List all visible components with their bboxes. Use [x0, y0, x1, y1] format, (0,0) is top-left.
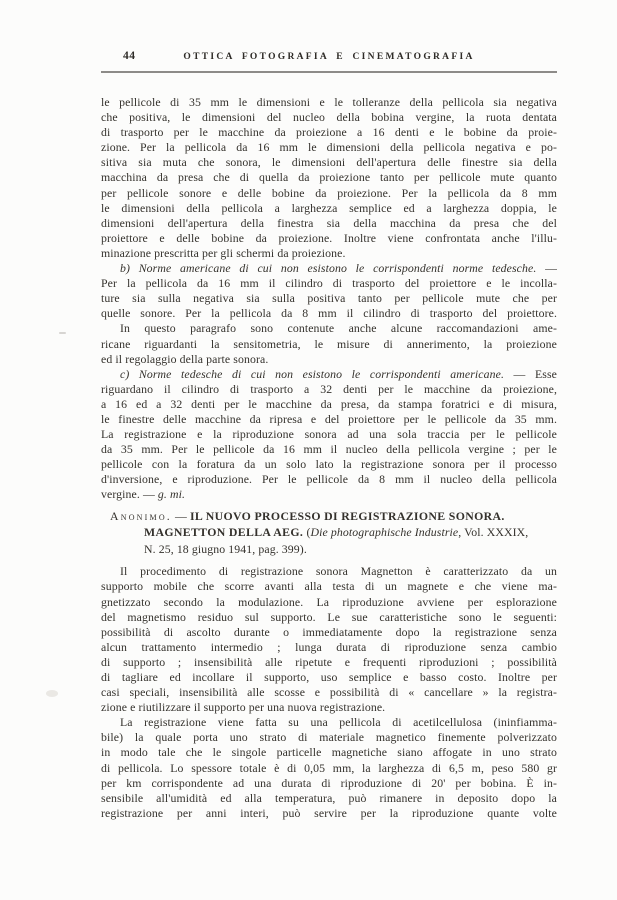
text-run: quelle sonore. Per la pellicola da 8 mm …: [101, 306, 557, 320]
text-line: per km corrispondente ad una durata di r…: [101, 776, 557, 791]
text-line: ed il regolaggio della parte sonora.: [101, 352, 557, 367]
text-line: casi speciali, insensibilità alle scosse…: [101, 685, 557, 700]
text-run: c) Norme tedesche di cui non esistono le…: [120, 367, 504, 381]
text-run: di pellicola. Lo spessore totale è di 0,…: [101, 761, 557, 775]
text-run: La registrazione e la riproduzione sonor…: [101, 427, 557, 441]
text-line: d'inversione, e riproduzione. Per le pel…: [101, 472, 557, 487]
text-run: b) Norme americane di cui non esistono l…: [120, 261, 536, 275]
text-run: alcun trattamento intermedio ; lunga dur…: [101, 640, 557, 654]
text-line: le pellicole di 35 mm le dimensioni e le…: [101, 95, 557, 110]
text-line: da 35 mm. Per le pellicole da 16 mm il n…: [101, 442, 557, 457]
text-line: le dimensioni della pellicola a larghezz…: [101, 201, 557, 216]
text-run: La registrazione viene fatta su una pell…: [120, 715, 557, 729]
text-line: Il procedimento di registrazione sonora …: [101, 564, 557, 579]
text-line: di pellicola. Lo spessore totale è di 0,…: [101, 761, 557, 776]
text-run: macchina da presa che di quella da proie…: [101, 170, 557, 184]
text-run: IL NUOVO PROCESSO DI REGISTRAZIONE SONOR…: [190, 509, 505, 523]
text-line: riguardano il cilindro di trasporto a 32…: [101, 382, 557, 397]
text-line: dimensioni dell'apertura della finestra …: [101, 216, 557, 231]
text-run: MAGNETTON DELLA AEG.: [144, 525, 307, 539]
text-line: di tagliare ed incollare il supporto, us…: [101, 670, 557, 685]
text-run: zione. Per la pellicola da 16 mm le dime…: [101, 140, 557, 154]
text-line: ricane riguardanti la sensitometria, le …: [101, 337, 557, 352]
text-run: ricane riguardanti la sensitometria, le …: [101, 337, 557, 351]
text-run: di supporto ; insensibilità alle ripetut…: [101, 655, 557, 669]
text-run: per km corrispondente ad una durata di r…: [101, 776, 557, 790]
journal-title: OTTICA FOTOGRAFIA E CINEMATOGRAFIA: [101, 52, 557, 62]
text-run: per pellicole sonore e delle bobine da p…: [101, 186, 557, 200]
paragraph: La registrazione viene fatta su una pell…: [101, 715, 557, 821]
heading-line: Anonimo. — IL NUOVO PROCESSO DI REGISTRA…: [101, 508, 557, 525]
text-run: le pellicole di 35 mm le dimensioni e le…: [101, 95, 557, 109]
text-run: sensibile all'umidità ed alla temperatur…: [101, 791, 557, 805]
text-line: sitiva sia muta che sonora, le dimension…: [101, 155, 557, 170]
text-run: in modo tale che le singole particelle m…: [101, 745, 557, 759]
text-run: Die photographische Industrie: [311, 525, 459, 539]
text-run: a 16 ed a 32 denti per le macchine da pr…: [101, 397, 557, 411]
text-line: c) Norme tedesche di cui non esistono le…: [101, 367, 557, 382]
heading-line: MAGNETTON DELLA AEG. (Die photographisch…: [101, 524, 557, 541]
text-run: che positiva, le dimensioni del nucleo d…: [101, 110, 557, 124]
text-line: a 16 ed a 32 denti per le macchine da pr…: [101, 397, 557, 412]
text-line: di supporto ; insensibilità alle ripetut…: [101, 655, 557, 670]
text-run: N. 25, 18 giugno 1941, pag. 399).: [144, 542, 307, 556]
paragraph: In questo paragrafo sono contenute anche…: [101, 321, 557, 366]
text-run: — Esse: [504, 367, 557, 381]
paragraph: Il procedimento di registrazione sonora …: [101, 564, 557, 715]
text-run: ture sia sulla negativa sia sulla positi…: [101, 291, 557, 305]
paragraph: c) Norme tedesche di cui non esistono le…: [101, 367, 557, 503]
text-block: le pellicole di 35 mm le dimensioni e le…: [101, 95, 557, 821]
text-line: bile) la quale porta uno strato di mater…: [101, 730, 557, 745]
text-run: minazione prescritta per gli schermi da …: [101, 246, 346, 260]
text-line: proiettore e delle bobine da proiezione.…: [101, 231, 557, 246]
text-line: possibilità di ascolto durante o immedia…: [101, 625, 557, 640]
scan-speck: [46, 690, 58, 697]
text-line: vergine. — g. mi.: [101, 487, 557, 502]
text-line: zione e riutilizzare il supporto per una…: [101, 700, 557, 715]
text-line: che positiva, le dimensioni del nucleo d…: [101, 110, 557, 125]
text-run: casi speciali, insensibilità alle scosse…: [101, 685, 557, 699]
text-line: b) Norme americane di cui non esistono l…: [101, 261, 557, 276]
text-line: di trasporto per le macchine da proiezio…: [101, 125, 557, 140]
article-heading: Anonimo. — IL NUOVO PROCESSO DI REGISTRA…: [101, 508, 557, 558]
text-line: sensibile all'umidità ed alla temperatur…: [101, 791, 557, 806]
text-line: La registrazione viene fatta su una pell…: [101, 715, 557, 730]
text-run: In questo paragrafo sono contenute anche…: [120, 321, 557, 335]
text-run: proiettore e delle bobine da proiezione.…: [101, 231, 557, 245]
text-line: La registrazione e la riproduzione sonor…: [101, 427, 557, 442]
scanned-journal-page: 44 OTTICA FOTOGRAFIA E CINEMATOGRAFIA le…: [0, 0, 617, 900]
text-line: In questo paragrafo sono contenute anche…: [101, 321, 557, 336]
text-run: sitiva sia muta che sonora, le dimension…: [101, 155, 557, 169]
text-run: supporto mobile che scorre avanti alla t…: [101, 579, 557, 593]
text-run: possibilità di ascolto durante o immedia…: [101, 625, 557, 639]
heading-line: N. 25, 18 giugno 1941, pag. 399).: [101, 541, 557, 558]
text-run: le finestre delle macchine da ripresa e …: [101, 412, 557, 426]
text-line: quelle sonore. Per la pellicola da 8 mm …: [101, 306, 557, 321]
text-line: le finestre delle macchine da ripresa e …: [101, 412, 557, 427]
text-line: macchina da presa che di quella da proie…: [101, 170, 557, 185]
text-run: vergine. —: [101, 487, 158, 501]
text-run: le dimensioni della pellicola a larghezz…: [101, 201, 557, 215]
text-run: d'inversione, e riproduzione. Per le pel…: [101, 472, 557, 486]
text-line: ture sia sulla negativa sia sulla positi…: [101, 291, 557, 306]
paragraph: le pellicole di 35 mm le dimensioni e le…: [101, 95, 557, 261]
text-line: zione. Per la pellicola da 16 mm le dime…: [101, 140, 557, 155]
text-run: —: [536, 261, 557, 275]
text-run: di trasporto per le macchine da proiezio…: [101, 125, 557, 139]
text-line: supporto mobile che scorre avanti alla t…: [101, 579, 557, 594]
text-line: minazione prescritta per gli schermi da …: [101, 246, 557, 261]
text-run: , Vol. XXXIX,: [458, 525, 528, 539]
text-run: dimensioni dell'apertura della finestra …: [101, 216, 557, 230]
text-run: —: [172, 509, 190, 523]
text-run: g. mi.: [158, 487, 185, 501]
text-line: gnetizzato secondo la modulazione. La ri…: [101, 595, 557, 610]
text-line: per pellicole sonore e delle bobine da p…: [101, 186, 557, 201]
text-line: alcun trattamento intermedio ; lunga dur…: [101, 640, 557, 655]
text-line: del magnetismo residuo sul supporto. Le …: [101, 610, 557, 625]
text-line: in modo tale che le singole particelle m…: [101, 745, 557, 760]
text-run: bile) la quale porta uno strato di mater…: [101, 730, 557, 744]
scan-speck: [59, 332, 66, 334]
text-line: registrazione per anni interi, può servi…: [101, 806, 557, 821]
text-run: registrazione per anni interi, può servi…: [101, 806, 557, 820]
text-run: del magnetismo residuo sul supporto. Le …: [101, 610, 557, 624]
text-run: riguardano il cilindro di trasporto a 32…: [101, 382, 557, 396]
text-run: di tagliare ed incollare il supporto, us…: [101, 670, 557, 684]
header-rule: [101, 71, 557, 73]
text-line: pellicole con la foratura da un solo lat…: [101, 457, 557, 472]
paragraph: b) Norme americane di cui non esistono l…: [101, 261, 557, 321]
text-run: ed il regolaggio della parte sonora.: [101, 352, 268, 366]
text-run: Per la pellicola da 16 mm il cilindro di…: [101, 276, 557, 290]
text-line: Per la pellicola da 16 mm il cilindro di…: [101, 276, 557, 291]
text-run: pellicole con la foratura da un solo lat…: [101, 457, 557, 471]
text-run: Il procedimento di registrazione sonora …: [120, 564, 557, 578]
text-run: gnetizzato secondo la modulazione. La ri…: [101, 595, 557, 609]
text-run: Anonimo.: [110, 509, 172, 523]
text-run: zione e riutilizzare il supporto per una…: [101, 700, 385, 714]
text-run: da 35 mm. Per le pellicole da 16 mm il n…: [101, 442, 557, 456]
